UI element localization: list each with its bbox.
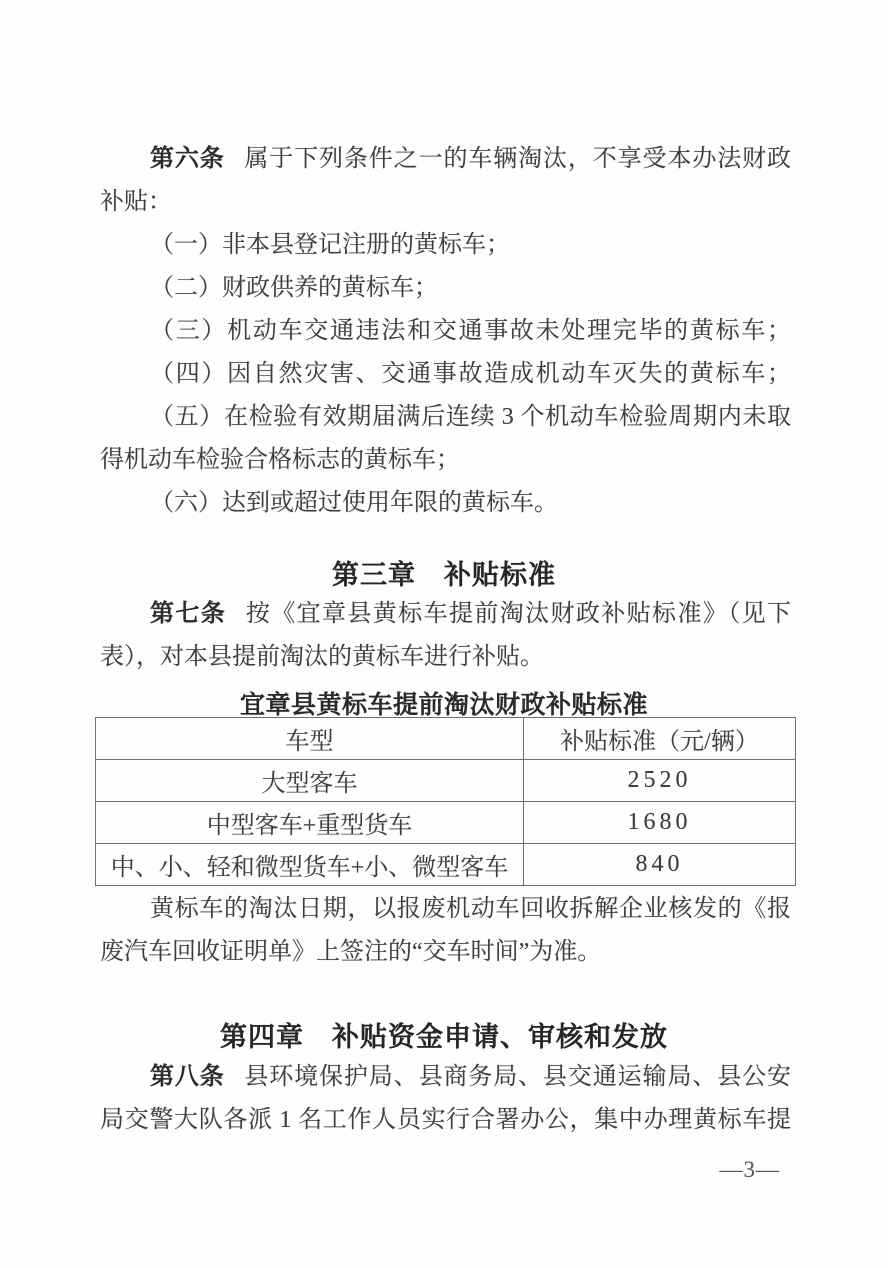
text-line: 第八条县环境保护局、县商务局、县交通运输局、县公安 [100, 1056, 791, 1099]
article-6-line-1: 属于下列条件之一的车辆淘汰，不享受本办法财政 [244, 146, 791, 172]
text-line: 第六条属于下列条件之一的车辆淘汰，不享受本办法财政 [100, 138, 791, 181]
table-cell-subsidy: 1680 [524, 802, 796, 844]
article-6-line-2: 补贴： [100, 181, 791, 224]
article-6-item-5-continued: 得机动车检验合格标志的黄标车； [100, 439, 791, 482]
article-6-item-6: （六）达到或超过使用年限的黄标车。 [100, 482, 791, 525]
article-6-item-4: （四）因自然灾害、交通事故造成机动车灭失的黄标车； [100, 353, 791, 396]
article-8-line-2: 局交警大队各派 1 名工作人员实行合署办公，集中办理黄标车提 [100, 1099, 791, 1142]
scrap-date-note-paragraph: 黄标车的淘汰日期，以报废机动车回收拆解企业核发的《报 废汽车回收证明单》上签注的… [100, 888, 791, 974]
article-7-line-2: 表），对本县提前淘汰的黄标车进行补贴。 [100, 636, 791, 679]
text-line: 第七条按《宜章县黄标车提前淘汰财政补贴标准》（见下 [100, 593, 791, 636]
article-7-paragraph: 第七条按《宜章县黄标车提前淘汰财政补贴标准》（见下 表），对本县提前淘汰的黄标车… [100, 593, 791, 679]
document-page: 第六条属于下列条件之一的车辆淘汰，不享受本办法财政 补贴： （一）非本县登记注册… [0, 0, 888, 1268]
page-number: —3— [720, 1152, 781, 1188]
table-row: 中、小、轻和微型货车+小、微型客车 840 [96, 844, 796, 886]
article-7-label: 第七条 [150, 601, 226, 627]
chapter-3-heading: 第三章 补贴标准 [0, 553, 888, 592]
article-8-line-1: 县环境保护局、县商务局、县交通运输局、县公安 [244, 1064, 791, 1090]
article-6-item-5: （五）在检验有效期届满后连续 3 个机动车检验周期内未取 [100, 396, 791, 439]
article-8-label: 第八条 [150, 1064, 225, 1090]
table-row: 中型客车+重型货车 1680 [96, 802, 796, 844]
table-header-subsidy-standard: 补贴标准（元/辆） [524, 718, 796, 760]
article-6-item-1: （一）非本县登记注册的黄标车； [100, 224, 791, 267]
article-6-paragraph: 第六条属于下列条件之一的车辆淘汰，不享受本办法财政 补贴： （一）非本县登记注册… [100, 138, 791, 525]
subsidy-table-title: 宜章县黄标车提前淘汰财政补贴标准 [0, 685, 888, 721]
table-cell-subsidy: 2520 [524, 760, 796, 802]
table-header-row: 车型 补贴标准（元/辆） [96, 718, 796, 760]
article-6-item-2: （二）财政供养的黄标车； [100, 267, 791, 310]
article-8-paragraph: 第八条县环境保护局、县商务局、县交通运输局、县公安 局交警大队各派 1 名工作人… [100, 1056, 791, 1142]
note-line-1: 黄标车的淘汰日期，以报废机动车回收拆解企业核发的《报 [100, 888, 791, 931]
table-cell-vehicle-type: 中、小、轻和微型货车+小、微型客车 [96, 844, 524, 886]
table-cell-vehicle-type: 大型客车 [96, 760, 524, 802]
chapter-4-heading: 第四章 补贴资金申请、审核和发放 [0, 1015, 888, 1054]
table-row: 大型客车 2520 [96, 760, 796, 802]
article-7-line-1: 按《宜章县黄标车提前淘汰财政补贴标准》（见下 [246, 601, 791, 627]
table-cell-subsidy: 840 [524, 844, 796, 886]
subsidy-table: 车型 补贴标准（元/辆） 大型客车 2520 中型客车+重型货车 1680 中、… [95, 717, 796, 886]
note-line-2: 废汽车回收证明单》上签注的“交车时间”为准。 [100, 931, 791, 974]
article-6-label: 第六条 [150, 146, 225, 172]
table-cell-vehicle-type: 中型客车+重型货车 [96, 802, 524, 844]
table-header-vehicle-type: 车型 [96, 718, 524, 760]
article-6-item-3: （三）机动车交通违法和交通事故未处理完毕的黄标车； [100, 310, 791, 353]
